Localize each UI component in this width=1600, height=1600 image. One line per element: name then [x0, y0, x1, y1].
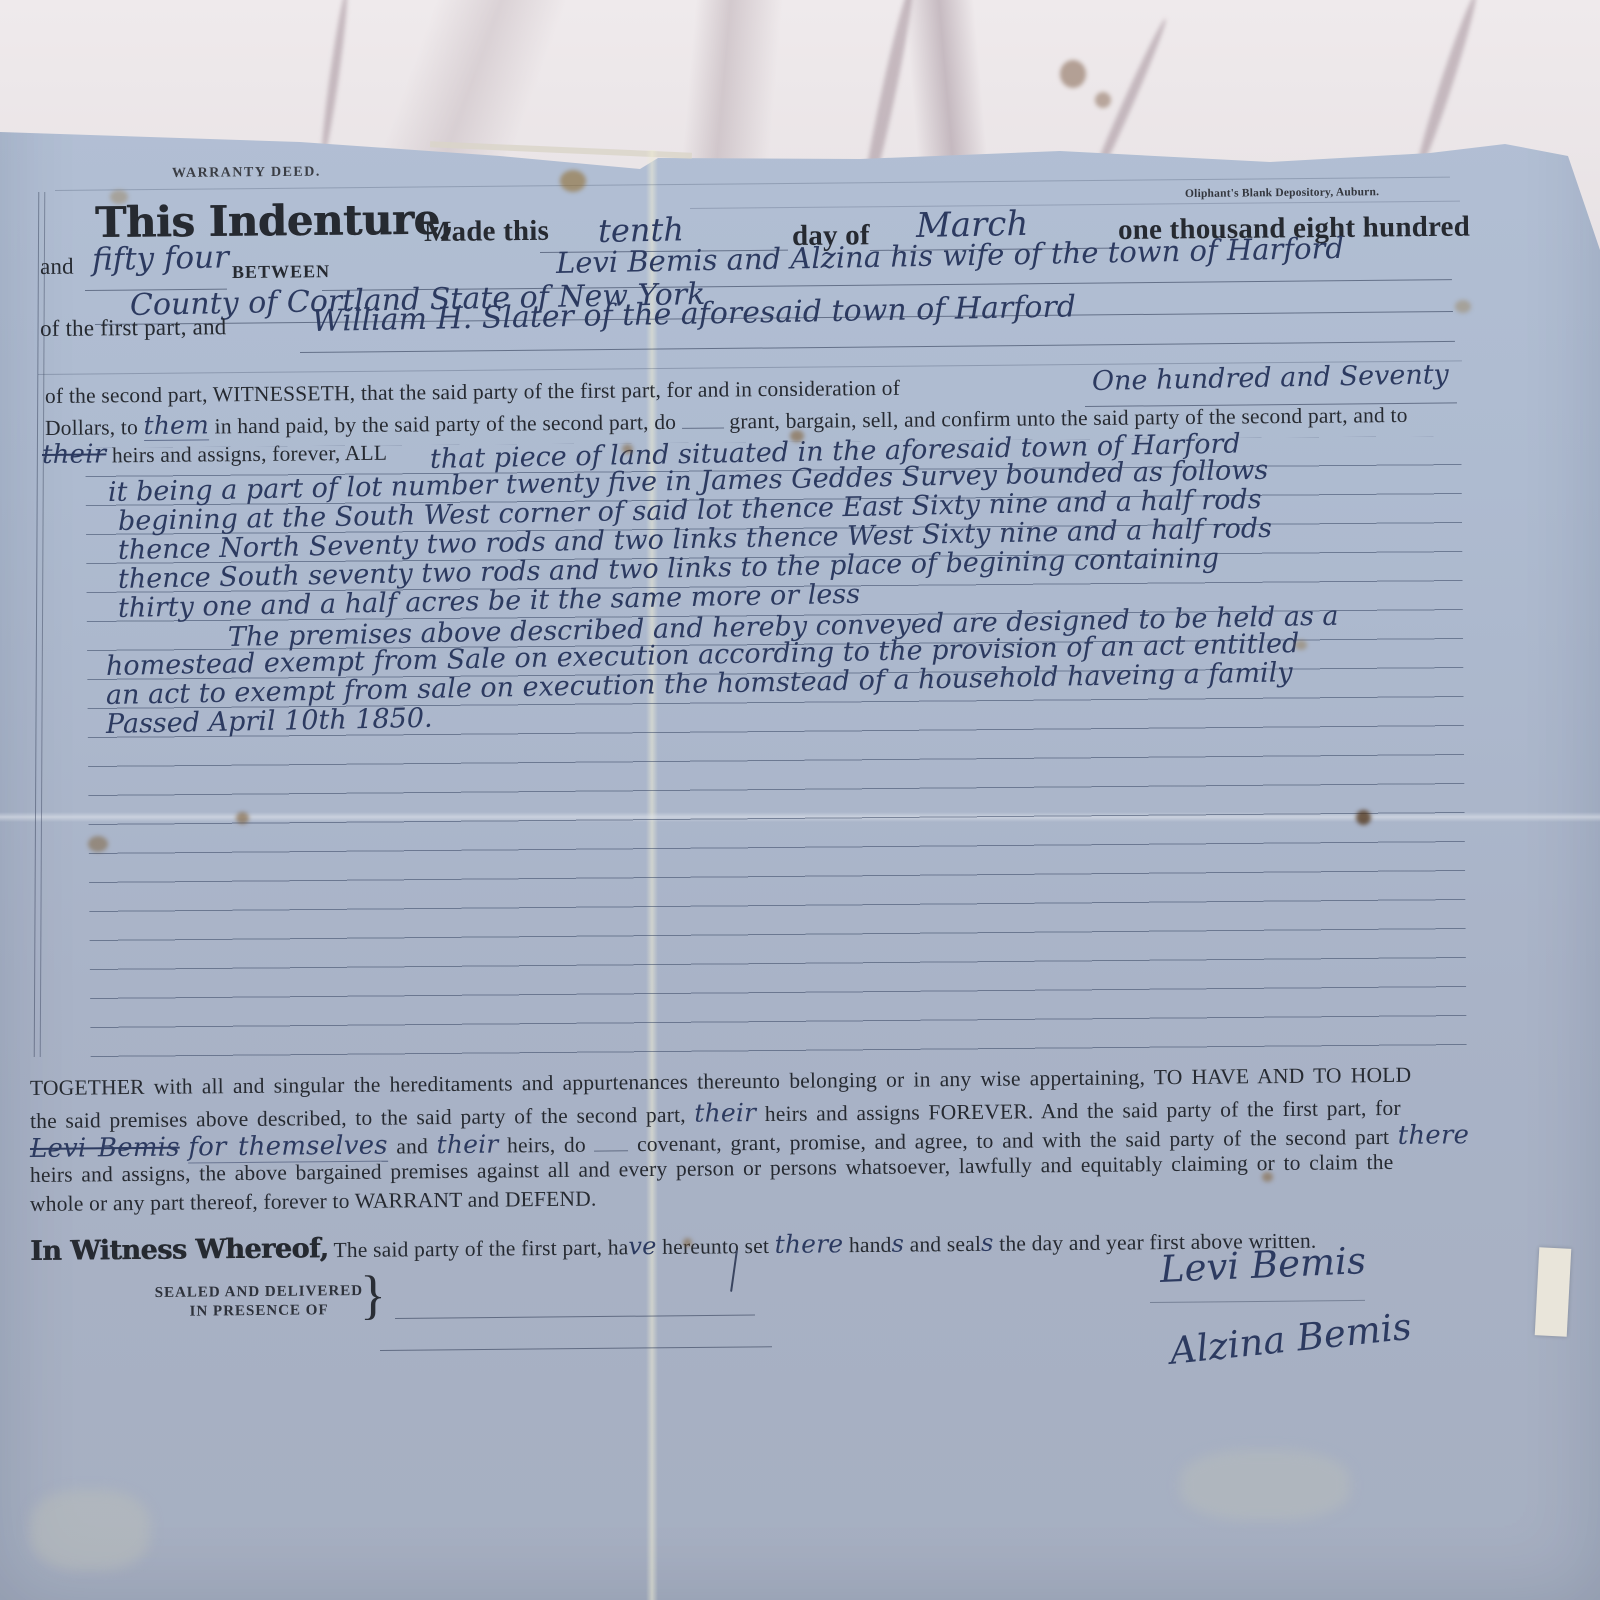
- them-handwritten: them: [143, 410, 209, 441]
- photo-of-warranty-deed: WARRANTY DEED. Oliphant's Blank Deposito…: [0, 0, 1600, 1600]
- sealed-block: SEALED AND DELIVERED IN PRESENCE OF: [152, 1282, 366, 1322]
- stain: [1356, 810, 1371, 825]
- do-blank: [682, 427, 724, 428]
- marble-vein: [1095, 92, 1111, 108]
- stain: [790, 430, 804, 442]
- description-line-10: Passed April 10th 1850.: [106, 703, 433, 740]
- witness-line-b: hereunto set: [662, 1234, 769, 1259]
- covenant-blank: [595, 1150, 629, 1151]
- witness-brace: }: [360, 1264, 386, 1326]
- there-handwritten-2: there: [775, 1229, 844, 1259]
- line2a-printed: Dollars, to: [45, 415, 138, 440]
- sealed-line-1: SEALED AND DELIVERED: [152, 1282, 366, 1303]
- stain: [1180, 1450, 1350, 1520]
- s-handwritten-1: s: [891, 1230, 904, 1258]
- stain: [1295, 640, 1307, 650]
- stain: [110, 190, 128, 204]
- their-handwritten-3: their: [436, 1130, 498, 1160]
- form-label: WARRANTY DEED.: [172, 165, 321, 182]
- between-label: BETWEEN: [232, 261, 330, 283]
- printer-label: Oliphant's Blank Depository, Auburn.: [1185, 186, 1379, 200]
- witness-line-c: hand: [849, 1233, 892, 1257]
- there-handwritten: there: [1398, 1120, 1470, 1151]
- paper-scrap: [1535, 1247, 1572, 1337]
- marble-vein: [1060, 60, 1086, 88]
- habendum-and: and: [396, 1134, 428, 1158]
- line2b-printed: in hand paid, by the said party of the s…: [214, 410, 676, 438]
- first-part-and-label: of the first part, and: [40, 314, 227, 342]
- stain: [1455, 300, 1471, 313]
- in-witness-whereof: In Witness Whereof,: [30, 1233, 329, 1267]
- stain: [30, 1490, 150, 1570]
- stain: [683, 1238, 692, 1247]
- stain: [88, 836, 108, 852]
- marble-vein: [318, 0, 351, 160]
- for-themselves-handwritten: for themselves: [188, 1131, 388, 1164]
- sealed-line-2: IN PRESENCE OF: [152, 1301, 366, 1322]
- witness-line-d: and seal: [910, 1232, 982, 1257]
- struck-name-handwritten: Levi Bemis: [30, 1133, 180, 1164]
- year-handwritten: fifty four: [92, 239, 230, 278]
- signature-levi-bemis: Levi Bemis: [1159, 1239, 1367, 1291]
- stain: [560, 170, 586, 192]
- and-label: and: [40, 254, 74, 280]
- line2c-printed: grant, bargain, sell, and confirm unto t…: [729, 403, 1408, 434]
- stain: [622, 444, 633, 454]
- made-this-label: Made this: [424, 215, 549, 249]
- stain: [236, 812, 249, 824]
- habendum-line3a: heirs, do: [507, 1133, 586, 1158]
- s-handwritten-2: s: [981, 1229, 994, 1257]
- stain: [1262, 1172, 1273, 1182]
- witness-line-a: The said party of the first part, ha: [333, 1235, 628, 1262]
- deed-title: This Indenture,: [95, 195, 454, 247]
- their-handwritten-2: their: [694, 1098, 756, 1128]
- ve-handwritten: ve: [628, 1232, 656, 1260]
